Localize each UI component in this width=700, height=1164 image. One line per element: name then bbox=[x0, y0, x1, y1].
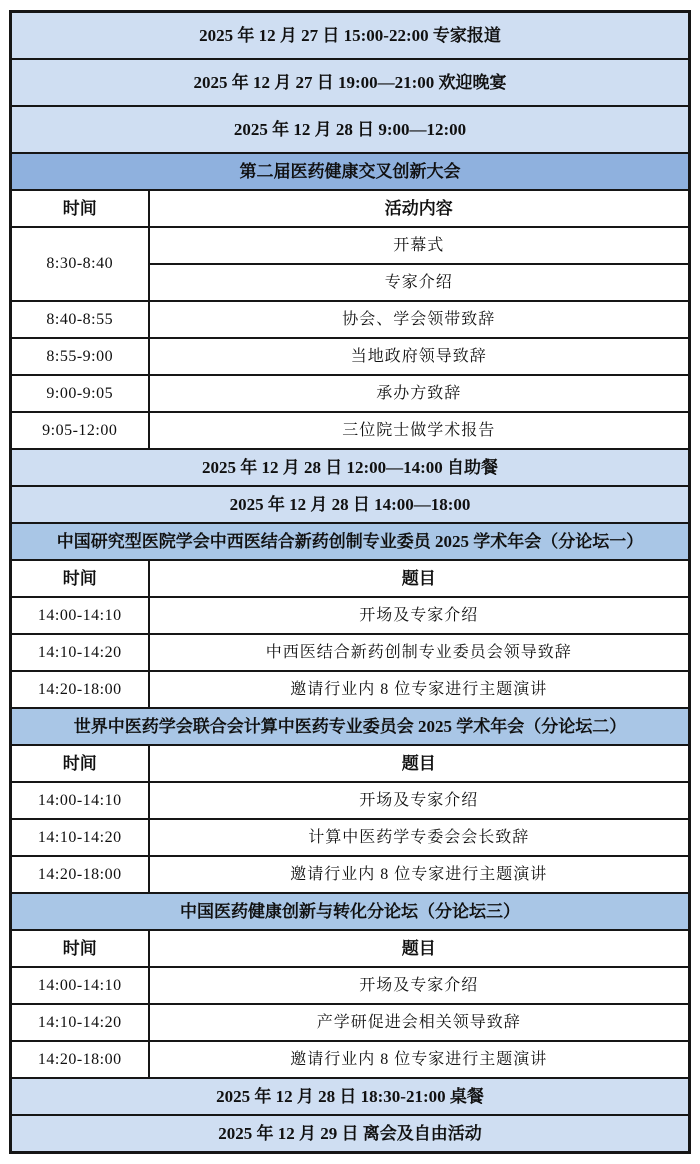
banner-row: 2025 年 12 月 29 日 离会及自由活动 bbox=[11, 1115, 690, 1153]
schedule-row: 14:00-14:10开场及专家介绍 bbox=[11, 597, 690, 634]
schedule-row: 14:20-18:00邀请行业内 8 位专家进行主题演讲 bbox=[11, 671, 690, 708]
content-cell: 专家介绍 bbox=[149, 264, 690, 301]
schedule-row: 8:30-8:40开幕式 bbox=[11, 227, 690, 264]
content-cell: 中西医结合新药创制专业委员会领导致辞 bbox=[149, 634, 690, 671]
time-column-header: 时间 bbox=[11, 560, 149, 597]
banner-row: 世界中医药学会联合会计算中医药专业委员会 2025 学术年会（分论坛二） bbox=[11, 708, 690, 745]
time-cell: 8:30-8:40 bbox=[11, 227, 149, 301]
time-cell: 14:20-18:00 bbox=[11, 856, 149, 893]
banner-cell: 2025 年 12 月 28 日 18:30-21:00 桌餐 bbox=[11, 1078, 690, 1115]
schedule-row: 14:20-18:00邀请行业内 8 位专家进行主题演讲 bbox=[11, 1041, 690, 1078]
time-cell: 14:00-14:10 bbox=[11, 782, 149, 819]
banner-cell: 2025 年 12 月 27 日 19:00—21:00 欢迎晚宴 bbox=[11, 59, 690, 106]
banner-cell: 2025 年 12 月 29 日 离会及自由活动 bbox=[11, 1115, 690, 1153]
schedule-row: 8:40-8:55协会、学会领带致辞 bbox=[11, 301, 690, 338]
time-cell: 14:10-14:20 bbox=[11, 819, 149, 856]
banner-cell: 中国研究型医院学会中西医结合新药创制专业委员 2025 学术年会（分论坛一） bbox=[11, 523, 690, 560]
banner-row: 2025 年 12 月 28 日 12:00—14:00 自助餐 bbox=[11, 449, 690, 486]
banner-row: 2025 年 12 月 28 日 9:00—12:00 bbox=[11, 106, 690, 153]
schedule-row: 9:05-12:00三位院士做学术报告 bbox=[11, 412, 690, 449]
content-column-header: 题目 bbox=[149, 745, 690, 782]
content-cell: 计算中医药学专委会会长致辞 bbox=[149, 819, 690, 856]
time-column-header: 时间 bbox=[11, 930, 149, 967]
banner-cell: 第二届医药健康交叉创新大会 bbox=[11, 153, 690, 190]
banner-row: 中国研究型医院学会中西医结合新药创制专业委员 2025 学术年会（分论坛一） bbox=[11, 523, 690, 560]
content-cell: 开幕式 bbox=[149, 227, 690, 264]
content-cell: 开场及专家介绍 bbox=[149, 782, 690, 819]
content-cell: 承办方致辞 bbox=[149, 375, 690, 412]
time-cell: 14:20-18:00 bbox=[11, 1041, 149, 1078]
banner-cell: 2025 年 12 月 27 日 15:00-22:00 专家报道 bbox=[11, 12, 690, 60]
banner-row: 第二届医药健康交叉创新大会 bbox=[11, 153, 690, 190]
schedule-row: 14:10-14:20计算中医药学专委会会长致辞 bbox=[11, 819, 690, 856]
banner-cell: 中国医药健康创新与转化分论坛（分论坛三） bbox=[11, 893, 690, 930]
content-cell: 三位院士做学术报告 bbox=[149, 412, 690, 449]
content-column-header: 题目 bbox=[149, 930, 690, 967]
banner-row: 2025 年 12 月 28 日 18:30-21:00 桌餐 bbox=[11, 1078, 690, 1115]
banner-row: 2025 年 12 月 28 日 14:00—18:00 bbox=[11, 486, 690, 523]
banner-row: 2025 年 12 月 27 日 19:00—21:00 欢迎晚宴 bbox=[11, 59, 690, 106]
schedule-row: 14:10-14:20中西医结合新药创制专业委员会领导致辞 bbox=[11, 634, 690, 671]
banner-cell: 世界中医药学会联合会计算中医药专业委员会 2025 学术年会（分论坛二） bbox=[11, 708, 690, 745]
time-cell: 14:00-14:10 bbox=[11, 967, 149, 1004]
time-cell: 9:00-9:05 bbox=[11, 375, 149, 412]
time-cell: 14:00-14:10 bbox=[11, 597, 149, 634]
column-header-row: 时间题目 bbox=[11, 745, 690, 782]
time-column-header: 时间 bbox=[11, 745, 149, 782]
banner-row: 中国医药健康创新与转化分论坛（分论坛三） bbox=[11, 893, 690, 930]
banner-cell: 2025 年 12 月 28 日 14:00—18:00 bbox=[11, 486, 690, 523]
schedule-row: 14:00-14:10开场及专家介绍 bbox=[11, 967, 690, 1004]
schedule-row: 14:10-14:20产学研促进会相关领导致辞 bbox=[11, 1004, 690, 1041]
time-cell: 14:10-14:20 bbox=[11, 634, 149, 671]
banner-cell: 2025 年 12 月 28 日 12:00—14:00 自助餐 bbox=[11, 449, 690, 486]
schedule-table: 2025 年 12 月 27 日 15:00-22:00 专家报道2025 年 … bbox=[9, 10, 691, 1154]
content-cell: 当地政府领导致辞 bbox=[149, 338, 690, 375]
schedule-row: 8:55-9:00当地政府领导致辞 bbox=[11, 338, 690, 375]
page: 2025 年 12 月 27 日 15:00-22:00 专家报道2025 年 … bbox=[0, 0, 700, 1164]
content-cell: 协会、学会领带致辞 bbox=[149, 301, 690, 338]
content-cell: 邀请行业内 8 位专家进行主题演讲 bbox=[149, 1041, 690, 1078]
column-header-row: 时间题目 bbox=[11, 560, 690, 597]
time-column-header: 时间 bbox=[11, 190, 149, 227]
content-cell: 邀请行业内 8 位专家进行主题演讲 bbox=[149, 671, 690, 708]
content-column-header: 活动内容 bbox=[149, 190, 690, 227]
content-column-header: 题目 bbox=[149, 560, 690, 597]
schedule-row: 9:00-9:05承办方致辞 bbox=[11, 375, 690, 412]
time-cell: 14:10-14:20 bbox=[11, 1004, 149, 1041]
time-cell: 14:20-18:00 bbox=[11, 671, 149, 708]
column-header-row: 时间活动内容 bbox=[11, 190, 690, 227]
time-cell: 8:40-8:55 bbox=[11, 301, 149, 338]
banner-cell: 2025 年 12 月 28 日 9:00—12:00 bbox=[11, 106, 690, 153]
column-header-row: 时间题目 bbox=[11, 930, 690, 967]
time-cell: 9:05-12:00 bbox=[11, 412, 149, 449]
time-cell: 8:55-9:00 bbox=[11, 338, 149, 375]
content-cell: 产学研促进会相关领导致辞 bbox=[149, 1004, 690, 1041]
content-cell: 邀请行业内 8 位专家进行主题演讲 bbox=[149, 856, 690, 893]
schedule-row: 14:20-18:00邀请行业内 8 位专家进行主题演讲 bbox=[11, 856, 690, 893]
banner-row: 2025 年 12 月 27 日 15:00-22:00 专家报道 bbox=[11, 12, 690, 60]
content-cell: 开场及专家介绍 bbox=[149, 597, 690, 634]
schedule-table-body: 2025 年 12 月 27 日 15:00-22:00 专家报道2025 年 … bbox=[11, 12, 690, 1153]
content-cell: 开场及专家介绍 bbox=[149, 967, 690, 1004]
schedule-row: 14:00-14:10开场及专家介绍 bbox=[11, 782, 690, 819]
